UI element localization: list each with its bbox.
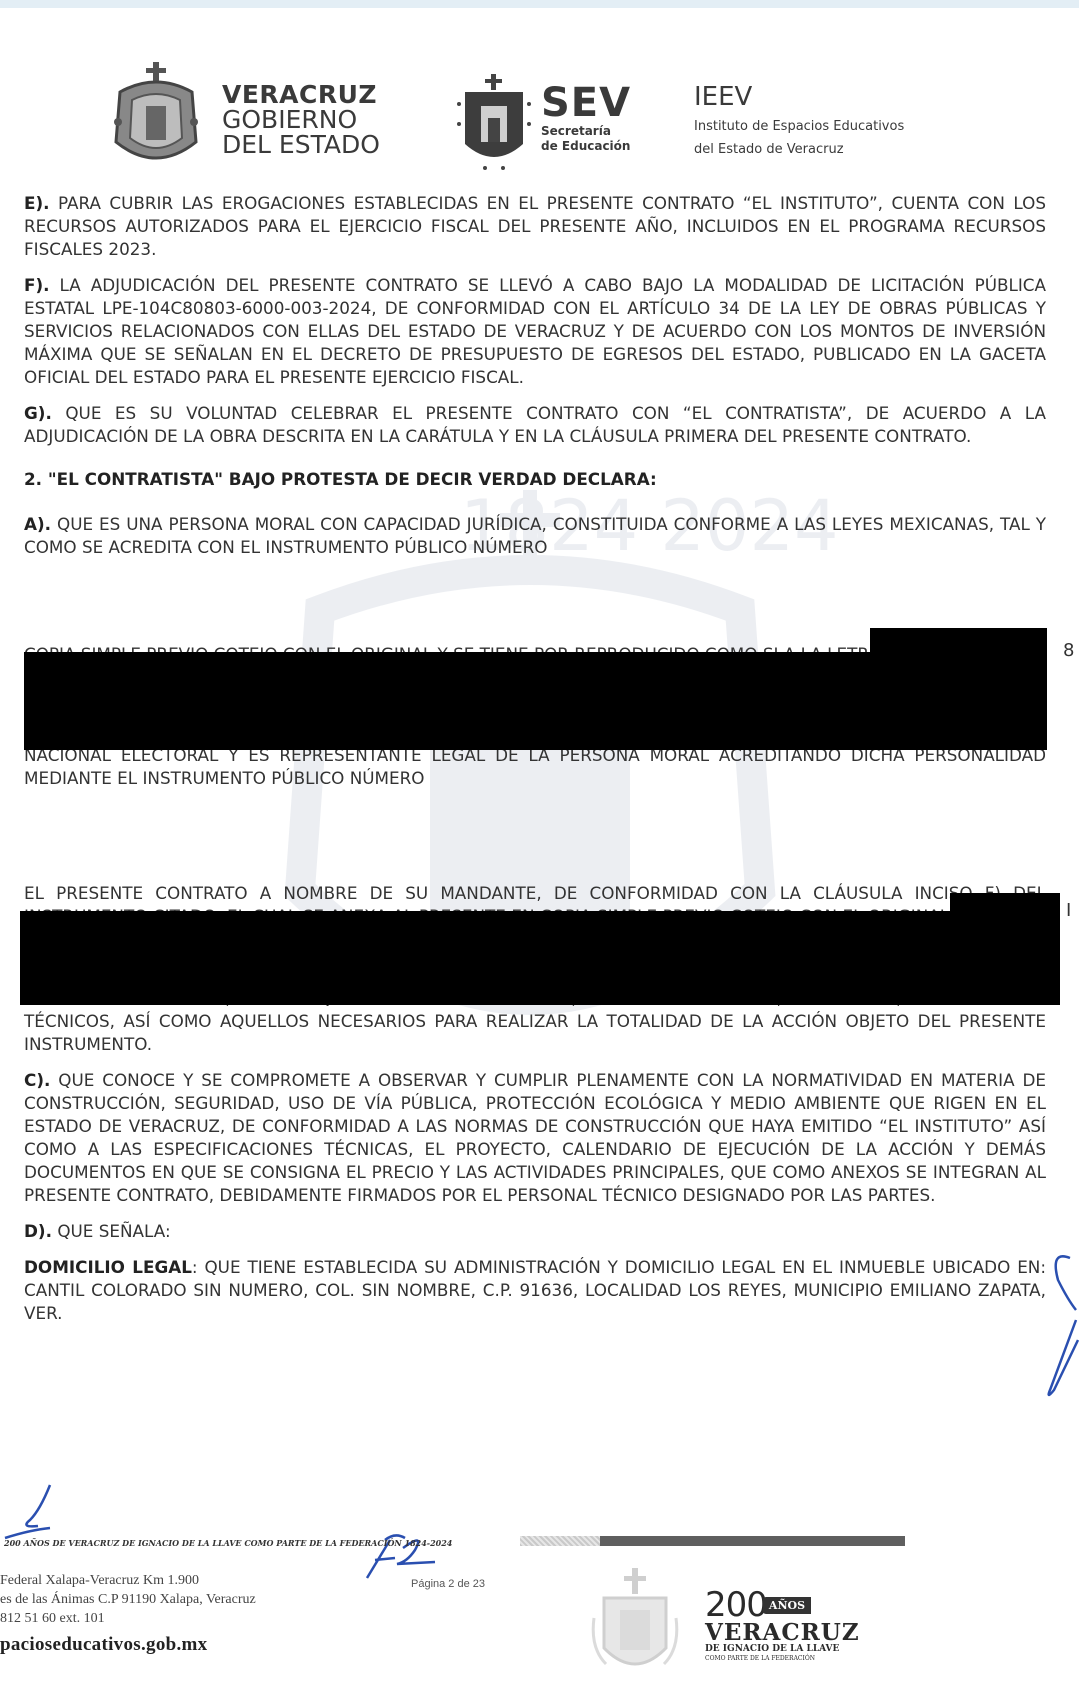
footer-band-decoration xyxy=(520,1536,600,1546)
clause-f: F). LA ADJUDICACIÓN DEL PRESENTE CONTRAT… xyxy=(24,274,1046,389)
bicentennial-logo: 200AÑOS VERACRUZ DE IGNACIO DE LA LLAVE … xyxy=(705,1588,860,1663)
clause-a: A). QUE ES UNA PERSONA MORAL CON CAPACID… xyxy=(24,513,1046,559)
clause-e: E). PARA CUBRIR LAS EROGACIONES ESTABLEC… xyxy=(24,192,1046,261)
domicilio-legal: DOMICILIO LEGAL: QUE TIENE ESTABLECIDA S… xyxy=(24,1256,1046,1325)
clause-d: D). QUE SEÑALA: xyxy=(24,1220,1046,1243)
section-2-heading: 2. "EL CONTRATISTA" BAJO PROTESTA DE DEC… xyxy=(24,468,1046,491)
footer-address: Federal Xalapa-Veracruz Km 1.900 es de l… xyxy=(0,1571,256,1628)
gov-logo-line3: DEL ESTADO xyxy=(222,132,380,157)
clause-g: G). QUE ES SU VOLUNTAD CELEBRAR EL PRESE… xyxy=(24,402,1046,448)
sev-crest-icon xyxy=(455,74,533,174)
veracruz-coat-of-arms-icon xyxy=(110,62,202,170)
clause-d-label: D). xyxy=(24,1221,52,1241)
page-number: Página 2 de 23 xyxy=(411,1578,485,1590)
redaction-box xyxy=(950,893,1060,913)
gov-logo-line1: VERACRUZ xyxy=(222,82,380,107)
footer-band-decoration xyxy=(600,1536,905,1546)
clause-a-text-before: QUE ES UNA PERSONA MORAL CON CAPACIDAD J… xyxy=(24,514,1046,557)
footer-crest-icon xyxy=(590,1568,680,1683)
anniversary-line2: COMO PARTE DE LA FEDERACIÓN xyxy=(705,1655,860,1663)
clause-e-label: E). xyxy=(24,193,50,213)
redaction-box xyxy=(20,911,1060,1005)
sev-logo-title: SEV xyxy=(541,82,631,124)
gov-logo-text: VERACRUZ GOBIERNO DEL ESTADO xyxy=(222,82,380,157)
anniversary-badge: AÑOS xyxy=(763,1597,811,1614)
ieev-logo-line2: del Estado de Veracruz xyxy=(694,141,904,158)
redaction-box xyxy=(24,652,1047,750)
footer-motto: 200 AÑOS DE VERACRUZ DE IGNACIO DE LA LL… xyxy=(4,1538,452,1548)
signature-mark-icon xyxy=(0,1480,60,1540)
redacted-space-rep xyxy=(24,790,1046,882)
anniversary-title: VERACRUZ xyxy=(705,1622,860,1644)
footer-website: pacioseducativos.gob.mx xyxy=(0,1634,207,1656)
clause-f-label: F). xyxy=(24,275,50,295)
cropped-edge-char: I xyxy=(1066,900,1071,921)
viewer-top-bar xyxy=(0,0,1079,8)
domicilio-label: DOMICILIO LEGAL xyxy=(24,1257,192,1277)
clause-a-label: A). xyxy=(24,514,51,534)
ieev-logo-line1: Instituto de Espacios Educativos xyxy=(694,118,904,135)
clause-g-label: G). xyxy=(24,403,52,423)
address-line3: 812 51 60 ext. 101 xyxy=(0,1609,256,1628)
clause-f-text: LA ADJUDICACIÓN DEL PRESENTE CONTRATO SE… xyxy=(24,275,1046,387)
sev-logo-line2: de Educación xyxy=(541,139,631,154)
sev-logo-line1: Secretaría xyxy=(541,124,631,139)
contract-body: E). PARA CUBRIR LAS EROGACIONES ESTABLEC… xyxy=(24,192,1046,1338)
clause-c-text: QUE CONOCE Y SE COMPROMETE A OBSERVAR Y … xyxy=(24,1070,1046,1205)
letterhead: VERACRUZ GOBIERNO DEL ESTADO SEV Secreta… xyxy=(0,60,1079,170)
clause-d-text: QUE SEÑALA: xyxy=(52,1221,171,1241)
anniversary-line1: DE IGNACIO DE LA LLAVE xyxy=(705,1644,860,1655)
clause-e-text: PARA CUBRIR LAS EROGACIONES ESTABLECIDAS… xyxy=(24,193,1046,259)
address-line2: es de las Ánimas C.P 91190 Xalapa, Verac… xyxy=(0,1590,256,1609)
anniversary-number: 200 xyxy=(705,1588,767,1622)
clause-c-label: C). xyxy=(24,1070,50,1090)
cropped-edge-char: 8 xyxy=(1063,640,1074,661)
ieev-logo-title: IEEV xyxy=(694,82,904,112)
sev-logo-text: SEV Secretaría de Educación xyxy=(541,82,631,154)
clause-g-text: QUE ES SU VOLUNTAD CELEBRAR EL PRESENTE … xyxy=(24,403,1046,446)
gov-logo-line2: GOBIERNO xyxy=(222,107,380,132)
clause-c: C). QUE CONOCE Y SE COMPROMETE A OBSERVA… xyxy=(24,1069,1046,1207)
ieev-logo-text: IEEV Instituto de Espacios Educativos de… xyxy=(694,82,904,158)
address-line1: Federal Xalapa-Veracruz Km 1.900 xyxy=(0,1571,256,1590)
